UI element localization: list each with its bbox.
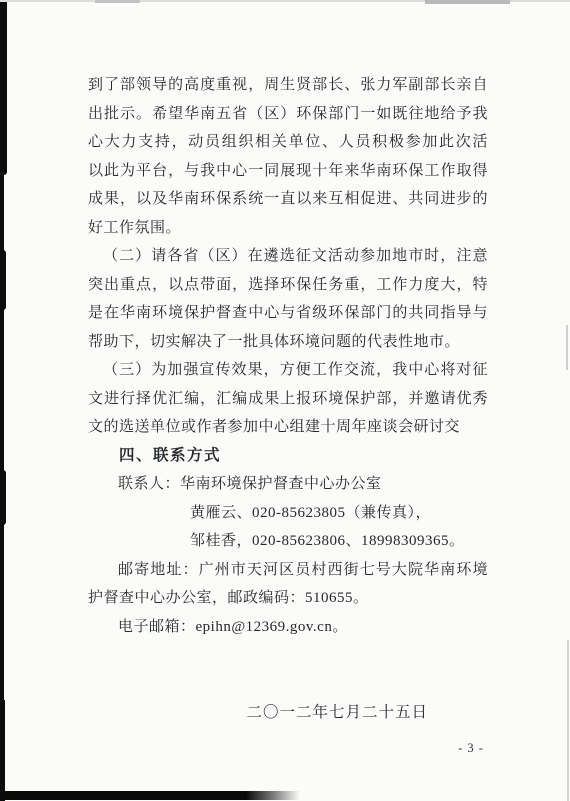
scan-edge-left-blob <box>0 700 5 801</box>
page-number: - 3 - <box>440 741 502 756</box>
scan-edge-left-blob <box>0 0 7 175</box>
scan-smudge-right <box>566 325 568 370</box>
text-line: 联系人：华南环境保护督查中心办公室 <box>88 470 488 499</box>
text-line: 邹桂香，020-85623806、18998309365。 <box>88 527 488 556</box>
text-line: 电子邮箱：epihn@12369.gov.cn。 <box>88 613 488 642</box>
text-line: 好工作氛围。 <box>88 214 488 243</box>
text-line: 四、联系方式 <box>88 442 488 471</box>
scan-smudge-right <box>567 640 569 801</box>
text-line: 帮助下，切实解决了一批具体环境问题的代表性地市。 <box>88 328 488 357</box>
text-line: 邮寄地址：广州市天河区员村西街七号大院华南环境保 <box>88 556 488 585</box>
scan-edge-left-blob <box>0 470 6 525</box>
text-line: 黄雁云、020-85623805（兼传真），18902262567； <box>88 499 488 528</box>
text-line: 心大力支持，动员组织相关单位、人员积极参加此次活动， <box>88 128 488 157</box>
scan-edge-bottom <box>0 791 300 800</box>
text-line: 成果，以及华南环保系统一直以来互相促进、共同进步的良 <box>88 185 488 214</box>
scan-edge-left-blob <box>0 250 6 310</box>
text-line: （二）请各省（区）在遴选征文活动参加地市时，注意 <box>88 242 488 271</box>
text-line: 以此为平台，与我中心一同展现十年来华南环保工作取得的 <box>88 157 488 186</box>
text-line: （三）为加强宣传效果，方便工作交流，我中心将对征 <box>88 356 488 385</box>
text-line: 文进行择优汇编，汇编成果上报环境保护部，并邀请优秀征 <box>88 385 488 414</box>
text-line: 到了部领导的高度重视，周生贤部长、张力军副部长亲自作 <box>88 71 488 100</box>
document-body: 到了部领导的高度重视，周生贤部长、张力军副部长亲自作出批示。希望华南五省（区）环… <box>88 71 488 641</box>
text-line: 是在华南环境保护督查中心与省级环保部门的共同指导与 <box>88 299 488 328</box>
scanned-document-page: 到了部领导的高度重视，周生贤部长、张力军副部长亲自作出批示。希望华南五省（区）环… <box>0 0 570 801</box>
text-line: 突出重点，以点带面，选择环保任务重，工作力度大，特别 <box>88 271 488 300</box>
text-line: 出批示。希望华南五省（区）环保部门一如既往地给予我中 <box>88 100 488 129</box>
document-date: 二〇一二年七月二十五日 <box>88 700 428 726</box>
scan-smudge-top <box>95 0 140 3</box>
scan-smudge-top <box>425 0 510 4</box>
text-line: 护督查中心办公室，邮政编码：510655。 <box>88 584 488 613</box>
text-line: 文的选送单位或作者参加中心组建十周年座谈会研讨交流。 <box>88 413 488 442</box>
